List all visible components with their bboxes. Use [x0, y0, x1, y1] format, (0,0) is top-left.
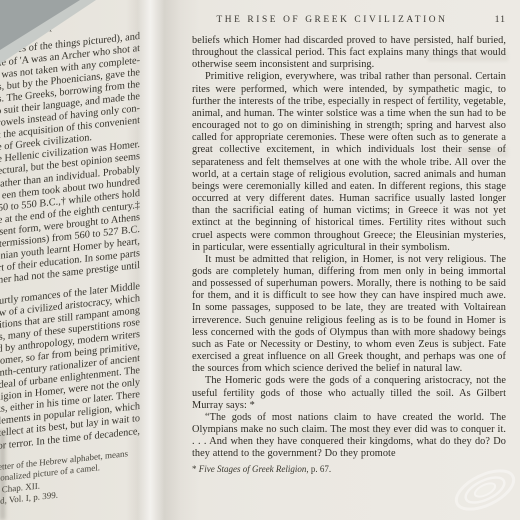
right-page: THE RISE OF GREEK CIVILIZATION 11 belief…	[192, 14, 506, 474]
body-paragraph: The Homeric gods were the gods of a conq…	[192, 375, 506, 411]
running-header: THE RISE OF GREEK CIVILIZATION	[192, 15, 472, 25]
body-paragraph: Primitive religion, everywhere, was trib…	[192, 71, 506, 253]
page-edge-shadow	[0, 430, 5, 520]
page-number: 11	[472, 14, 506, 25]
left-page-text: of the names of the things pictured), an…	[0, 31, 140, 471]
footnote-title: Five Stages of Greek Religion	[199, 464, 307, 474]
body-paragraph: It must be admitted that religion, in Ho…	[192, 254, 506, 376]
page-gutter-shadow	[126, 0, 200, 520]
footnote-tail: , p. 67.	[306, 464, 331, 474]
left-page-footnotes: letter of the Hebrew alphabet, meansvent…	[0, 447, 140, 520]
page-header-row: THE RISE OF GREEK CIVILIZATION 11	[192, 14, 506, 27]
body-paragraph: beliefs which Homer had discarded proved…	[192, 35, 506, 71]
watermark-swirl-icon	[448, 462, 520, 518]
page-body: beliefs which Homer had discarded proved…	[192, 35, 506, 460]
left-footnote-fragment: World, Vol. I, p. 399.	[0, 490, 58, 520]
body-paragraph: “The gods of most nations claim to have …	[192, 412, 506, 461]
left-page: NT PHILOSOPHY of the names of the things…	[0, 14, 140, 520]
book-photo: NT PHILOSOPHY of the names of the things…	[0, 0, 520, 520]
footnote-marker: *	[192, 464, 197, 474]
